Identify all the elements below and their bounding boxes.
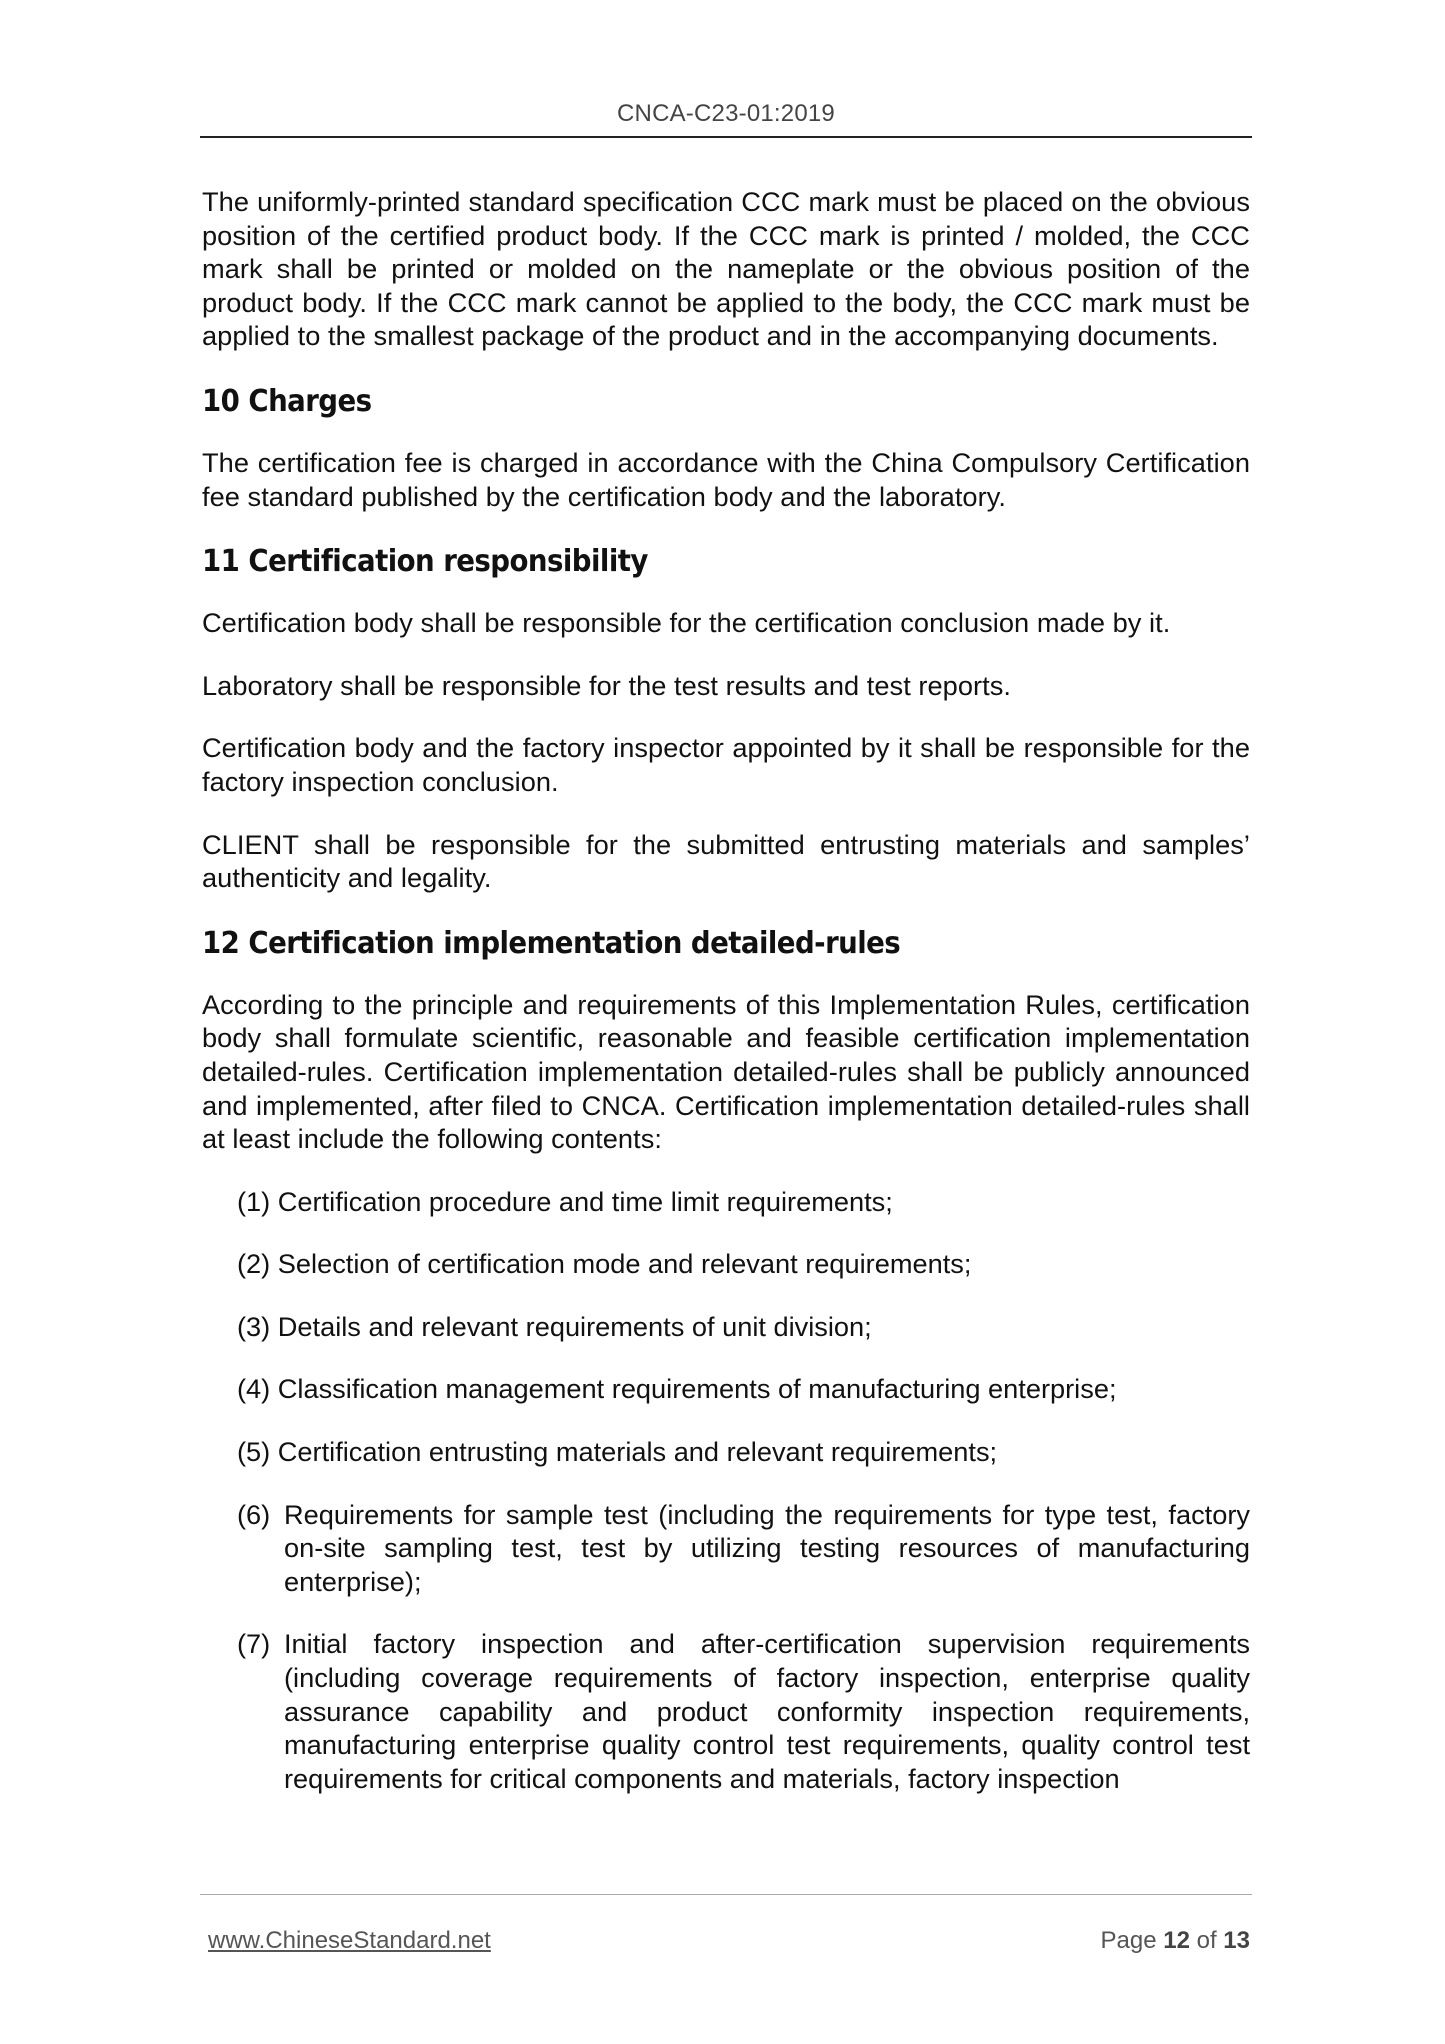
page-of-label: of (1197, 1927, 1217, 1954)
section-12-implementation-detailed-rules: 12 Certification implementation detailed… (202, 924, 1250, 1796)
list-item: (2)Selection of certification mode and r… (202, 1247, 1250, 1281)
section-heading: 11 Certification responsibility (202, 542, 1166, 582)
list-item: (4)Classification management requirement… (202, 1372, 1250, 1406)
page-content: The uniformly-printed standard specifica… (202, 185, 1250, 1824)
list-item: (5)Certification entrusting materials an… (202, 1435, 1250, 1469)
footer-divider (200, 1894, 1252, 1895)
requirements-list: (1)Certification procedure and time limi… (202, 1185, 1250, 1796)
list-item: (1)Certification procedure and time limi… (202, 1185, 1250, 1219)
list-item-text: Selection of certification mode and rele… (278, 1248, 972, 1279)
section-paragraph: The certification fee is charged in acco… (202, 446, 1250, 513)
list-item-number: (6) (237, 1498, 270, 1532)
list-item-text: Certification entrusting materials and r… (278, 1436, 997, 1467)
list-item-number: (5) (237, 1436, 278, 1467)
section-paragraph: According to the principle and requireme… (202, 988, 1250, 1156)
header-divider (200, 136, 1252, 138)
list-item-number: (7) (237, 1627, 270, 1661)
list-item: (3)Details and relevant requirements of … (202, 1310, 1250, 1344)
section-heading: 12 Certification implementation detailed… (202, 924, 1166, 964)
list-item-text: Details and relevant requirements of uni… (278, 1311, 872, 1342)
list-item-text: Certification procedure and time limit r… (278, 1186, 893, 1217)
list-item: (6)Requirements for sample test (includi… (202, 1498, 1250, 1599)
list-item-number: (1) (237, 1186, 278, 1217)
list-item-text: Requirements for sample test (including … (284, 1499, 1250, 1597)
section-heading: 10 Charges (202, 382, 1166, 422)
website-link[interactable]: www.ChineseStandard.net (208, 1927, 491, 1955)
section-paragraph: CLIENT shall be responsible for the subm… (202, 828, 1250, 895)
list-item-text: Classification management requirements o… (278, 1373, 1117, 1404)
intro-paragraph: The uniformly-printed standard specifica… (202, 185, 1250, 353)
page-total: 13 (1223, 1927, 1250, 1954)
section-paragraph: Certification body shall be responsible … (202, 606, 1250, 640)
page-number: Page 12 of 13 (1101, 1927, 1251, 1955)
section-11-certification-responsibility: 11 Certification responsibility Certific… (202, 542, 1250, 895)
page-label: Page (1101, 1927, 1157, 1954)
section-paragraph: Certification body and the factory inspe… (202, 731, 1250, 798)
page-current: 12 (1163, 1927, 1190, 1954)
list-item-number: (3) (237, 1311, 278, 1342)
list-item-number: (4) (237, 1373, 278, 1404)
list-item: (7)Initial factory inspection and after-… (202, 1627, 1250, 1795)
section-paragraph: Laboratory shall be responsible for the … (202, 669, 1250, 703)
list-item-text: Initial factory inspection and after-cer… (284, 1628, 1250, 1793)
list-item-number: (2) (237, 1248, 278, 1279)
section-10-charges: 10 Charges The certification fee is char… (202, 382, 1250, 513)
document-id-header: CNCA-C23-01:2019 (200, 100, 1252, 128)
